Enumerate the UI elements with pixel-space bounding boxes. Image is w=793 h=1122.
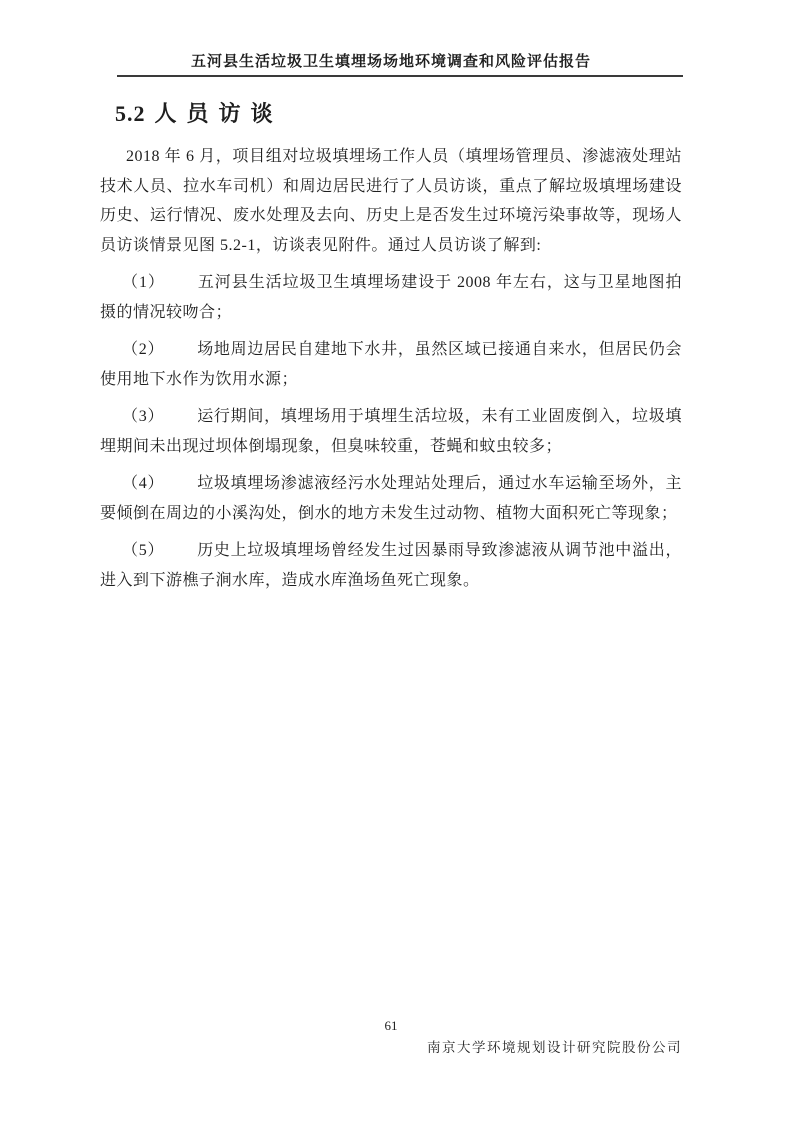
page-number: 61	[100, 1018, 682, 1034]
item-text: 五河县生活垃圾卫生填埋场建设于 2008 年左右，这与卫星地图拍摄的情况较吻合；	[100, 274, 682, 321]
item-marker: （1）	[122, 274, 165, 291]
item-marker: （2）	[122, 341, 164, 358]
item-text: 场地周边居民自建地下水井，虽然区域已接通自来水，但居民仍会使用地下水作为饮用水源…	[100, 341, 682, 388]
section-heading: 5.2人员访谈	[115, 97, 283, 128]
section-heading-title: 人员访谈	[155, 101, 283, 126]
item-text: 垃圾填埋场渗滤液经污水处理站处理后，通过水车运输至场外，主要倾倒在周边的小溪沟处…	[100, 475, 682, 522]
running-header-title: 五河县生活垃圾卫生填埋场场地环境调查和风险评估报告	[100, 50, 682, 71]
item-marker: （3）	[122, 408, 164, 425]
interview-item-2: （2）场地周边居民自建地下水井，虽然区域已接通自来水，但居民仍会使用地下水作为饮…	[100, 335, 682, 394]
document-page: 五河县生活垃圾卫生填埋场场地环境调查和风险评估报告 5.2人员访谈 2018 年…	[0, 0, 793, 1122]
interview-item-1: （1）五河县生活垃圾卫生填埋场建设于 2008 年左右，这与卫星地图拍摄的情况较…	[100, 268, 682, 327]
item-text: 运行期间，填埋场用于填埋生活垃圾，未有工业固废倒入，垃圾填埋期间未出现过坝体倒塌…	[100, 408, 682, 455]
item-marker: （5）	[122, 542, 164, 559]
section-heading-number: 5.2	[115, 101, 146, 126]
paragraph-intro: 2018 年 6 月，项目组对垃圾填埋场工作人员（填埋场管理员、渗滤液处理站技术…	[100, 142, 682, 260]
item-text: 历史上垃圾填埋场曾经发生过因暴雨导致渗滤液从调节池中溢出，进入到下游樵子涧水库，…	[100, 542, 682, 589]
header-rule	[117, 75, 683, 77]
interview-item-5: （5）历史上垃圾填埋场曾经发生过因暴雨导致渗滤液从调节池中溢出，进入到下游樵子涧…	[100, 536, 682, 595]
interview-item-4: （4）垃圾填埋场渗滤液经污水处理站处理后，通过水车运输至场外，主要倾倒在周边的小…	[100, 469, 682, 528]
interview-item-3: （3）运行期间，填埋场用于填埋生活垃圾，未有工业固废倒入，垃圾填埋期间未出现过坝…	[100, 402, 682, 461]
publisher-name: 南京大学环境规划设计研究院股份公司	[100, 1036, 682, 1056]
item-marker: （4）	[122, 475, 164, 492]
body-text: 2018 年 6 月，项目组对垃圾填埋场工作人员（填埋场管理员、渗滤液处理站技术…	[100, 142, 682, 603]
